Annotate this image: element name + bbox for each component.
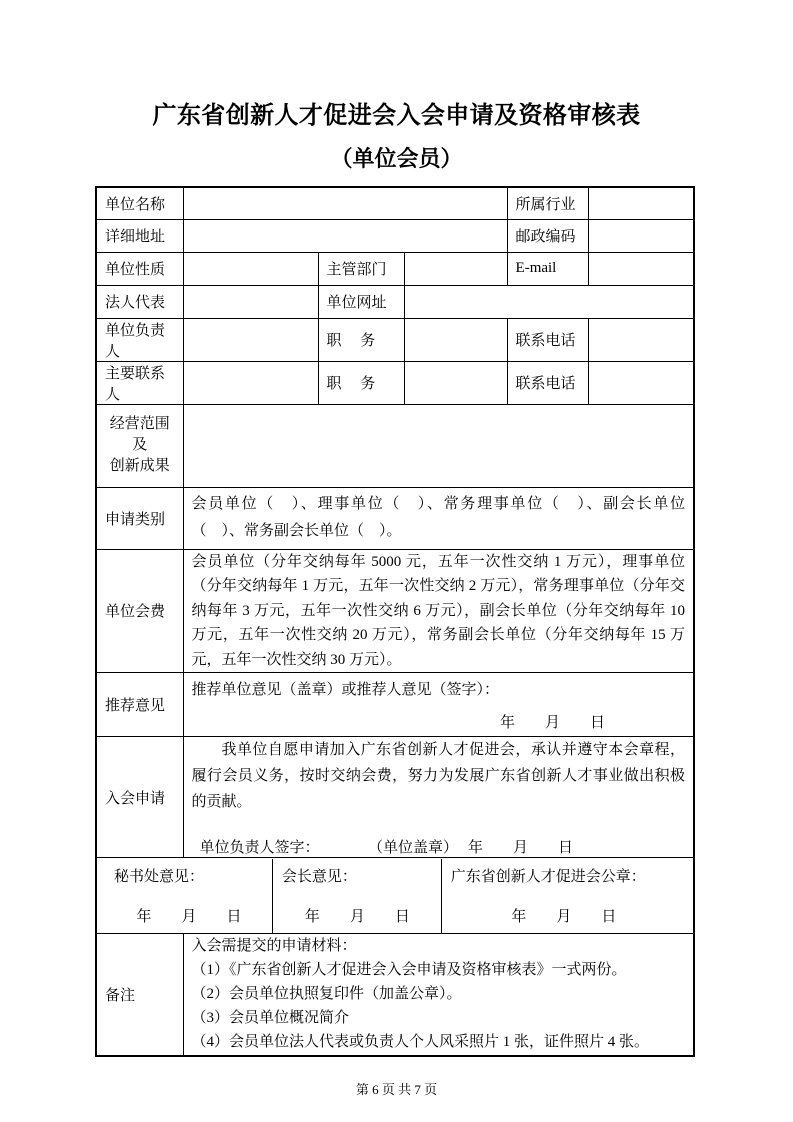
table-row: 申请类别 会员单位（ ）、理事单位（ ）、常务理事单位（ ）、副会长单位（ ）、… — [96, 487, 694, 549]
table-row: 备注 入会需提交的申请材料： （1）《广东省创新人才促进会入会申请及资格审核表》… — [96, 934, 694, 1056]
page-subtitle: （单位会员） — [0, 145, 793, 173]
contact-field[interactable] — [183, 361, 318, 404]
unit-name-label: 单位名称 — [96, 187, 183, 219]
dept-label: 主管部门 — [318, 252, 404, 285]
notes-label: 备注 — [96, 934, 183, 1056]
industry-field[interactable] — [588, 187, 694, 219]
page-number: 第 6 页 共 7 页 — [0, 1079, 793, 1098]
fee-cell: 会员单位（分年交纳每年 5000 元，五年一次性交纳 1 万元），理事单位（分年… — [183, 549, 694, 673]
recommend-cell[interactable]: 推荐单位意见（盖章）或推荐人意见（签字）： 年 月 日 — [183, 673, 694, 737]
unit-name-field[interactable] — [183, 187, 507, 219]
table-row: 单位会费 会员单位（分年交纳每年 5000 元，五年一次性交纳 1 万元），理事… — [96, 549, 694, 673]
apply-text: 我单位自愿申请加入广东省创新人才促进会，承认并遵守本会章程，履行会员义务，按时交… — [192, 737, 686, 815]
page-title: 广东省创新人才促进会入会申请及资格审核表 — [0, 0, 793, 131]
fee-label: 单位会费 — [96, 549, 183, 673]
category-options[interactable]: 会员单位（ ）、理事单位（ ）、常务理事单位（ ）、副会长单位（ ）、常务副会长… — [183, 487, 694, 549]
apply-seal-label: （单位盖章） — [376, 840, 459, 856]
table-row: 单位负责人 职 务 联系电话 — [96, 318, 694, 361]
address-label: 详细地址 — [96, 219, 183, 252]
president-label: 会长意见： — [282, 865, 433, 886]
application-form-table: 单位名称 所属行业 详细地址 邮政编码 单位性质 主管部门 E-mail 法人代… — [95, 186, 695, 1057]
apply-label: 入会申请 — [96, 737, 183, 858]
secretariat-label: 秘书处意见： — [114, 865, 264, 886]
table-row: 推荐意见 推荐单位意见（盖章）或推荐人意见（签字）： 年 月 日 — [96, 673, 694, 737]
notes-line: （1）《广东省创新人才促进会入会申请及资格审核表》一式两份。 — [192, 958, 686, 982]
president-date: 年 月 日 — [305, 905, 410, 926]
category-label: 申请类别 — [96, 487, 183, 549]
assoc-seal-date: 年 月 日 — [511, 905, 616, 926]
category-text: 会员单位（ ）、理事单位（ ）、常务理事单位（ ）、副会长单位（ ）、常务副会长… — [192, 491, 686, 545]
head-position-field[interactable] — [404, 318, 507, 361]
apply-sign-label: 单位负责人签字： — [200, 840, 320, 856]
unit-head-field[interactable] — [183, 318, 318, 361]
assoc-seal-label: 广东省创新人才促进会公章： — [451, 865, 677, 886]
legal-rep-field[interactable] — [183, 285, 318, 318]
unit-type-label: 单位性质 — [96, 252, 183, 285]
website-label: 单位网址 — [318, 285, 404, 318]
contact-phone-field[interactable] — [588, 361, 694, 404]
postcode-label: 邮政编码 — [507, 219, 588, 252]
unit-head-label: 单位负责人 — [96, 318, 183, 361]
table-row: 经营范围 及 创新成果 — [96, 404, 694, 487]
table-row: 法人代表 单位网址 — [96, 285, 694, 318]
scope-label: 经营范围 及 创新成果 — [96, 404, 183, 487]
notes-line: （2）会员单位执照复印件（加盖公章）。 — [192, 982, 686, 1006]
president-opinion-cell[interactable]: 会长意见： 年 月 日 — [273, 859, 442, 933]
scope-label-line: 创新成果 — [105, 456, 175, 477]
address-field[interactable] — [183, 219, 507, 252]
apply-sign-line: 单位负责人签字：（单位盖章）年 月 日 — [192, 836, 686, 857]
contact-position-field[interactable] — [404, 361, 507, 404]
table-row: 秘书处意见： 年 月 日 会长意见： 年 月 日 广东省创新人才促进会公章： 年… — [96, 858, 694, 934]
notes-line: （4）会员单位法人代表或负责人个人风采照片 1 张，证件照片 4 张。 — [192, 1030, 686, 1054]
legal-rep-label: 法人代表 — [96, 285, 183, 318]
scope-label-line: 及 — [105, 435, 175, 456]
secretariat-opinion-cell[interactable]: 秘书处意见： 年 月 日 — [105, 859, 273, 933]
dept-field[interactable] — [404, 252, 507, 285]
opinions-row: 秘书处意见： 年 月 日 会长意见： 年 月 日 广东省创新人才促进会公章： 年… — [96, 858, 694, 934]
document-page: 广东省创新人才促进会入会申请及资格审核表 （单位会员） 单位名称 所属行业 详细… — [0, 0, 793, 1122]
secretariat-date: 年 月 日 — [136, 905, 241, 926]
notes-line: （3）会员单位概况简介 — [192, 1006, 686, 1030]
contact-label: 主要联系人 — [96, 361, 183, 404]
head-phone-field[interactable] — [588, 318, 694, 361]
scope-field[interactable] — [183, 404, 694, 487]
apply-date: 年 月 日 — [468, 840, 573, 856]
notes-cell: 入会需提交的申请材料： （1）《广东省创新人才促进会入会申请及资格审核表》一式两… — [183, 934, 694, 1056]
table-row: 入会申请 我单位自愿申请加入广东省创新人才促进会，承认并遵守本会章程，履行会员义… — [96, 737, 694, 858]
email-label: E-mail — [507, 252, 588, 285]
industry-label: 所属行业 — [507, 187, 588, 219]
scope-label-line: 经营范围 — [105, 414, 175, 435]
table-row: 单位名称 所属行业 — [96, 187, 694, 219]
table-row: 单位性质 主管部门 E-mail — [96, 252, 694, 285]
unit-type-field[interactable] — [183, 252, 318, 285]
fee-text: 会员单位（分年交纳每年 5000 元，五年一次性交纳 1 万元），理事单位（分年… — [192, 550, 686, 673]
contact-phone-label: 联系电话 — [507, 361, 588, 404]
email-field[interactable] — [588, 252, 694, 285]
assoc-seal-cell[interactable]: 广东省创新人才促进会公章： 年 月 日 — [442, 859, 685, 933]
notes-line: 入会需提交的申请材料： — [192, 934, 686, 958]
recommend-label: 推荐意见 — [96, 673, 183, 737]
contact-position-label: 职 务 — [318, 361, 404, 404]
table-row: 详细地址 邮政编码 — [96, 219, 694, 252]
postcode-field[interactable] — [588, 219, 694, 252]
recommend-date: 年 月 日 — [192, 711, 686, 732]
recommend-text: 推荐单位意见（盖章）或推荐人意见（签字）： — [192, 678, 686, 699]
head-phone-label: 联系电话 — [507, 318, 588, 361]
apply-cell[interactable]: 我单位自愿申请加入广东省创新人才促进会，承认并遵守本会章程，履行会员义务，按时交… — [183, 737, 694, 858]
website-field[interactable] — [404, 285, 694, 318]
head-position-label: 职 务 — [318, 318, 404, 361]
table-row: 主要联系人 职 务 联系电话 — [96, 361, 694, 404]
